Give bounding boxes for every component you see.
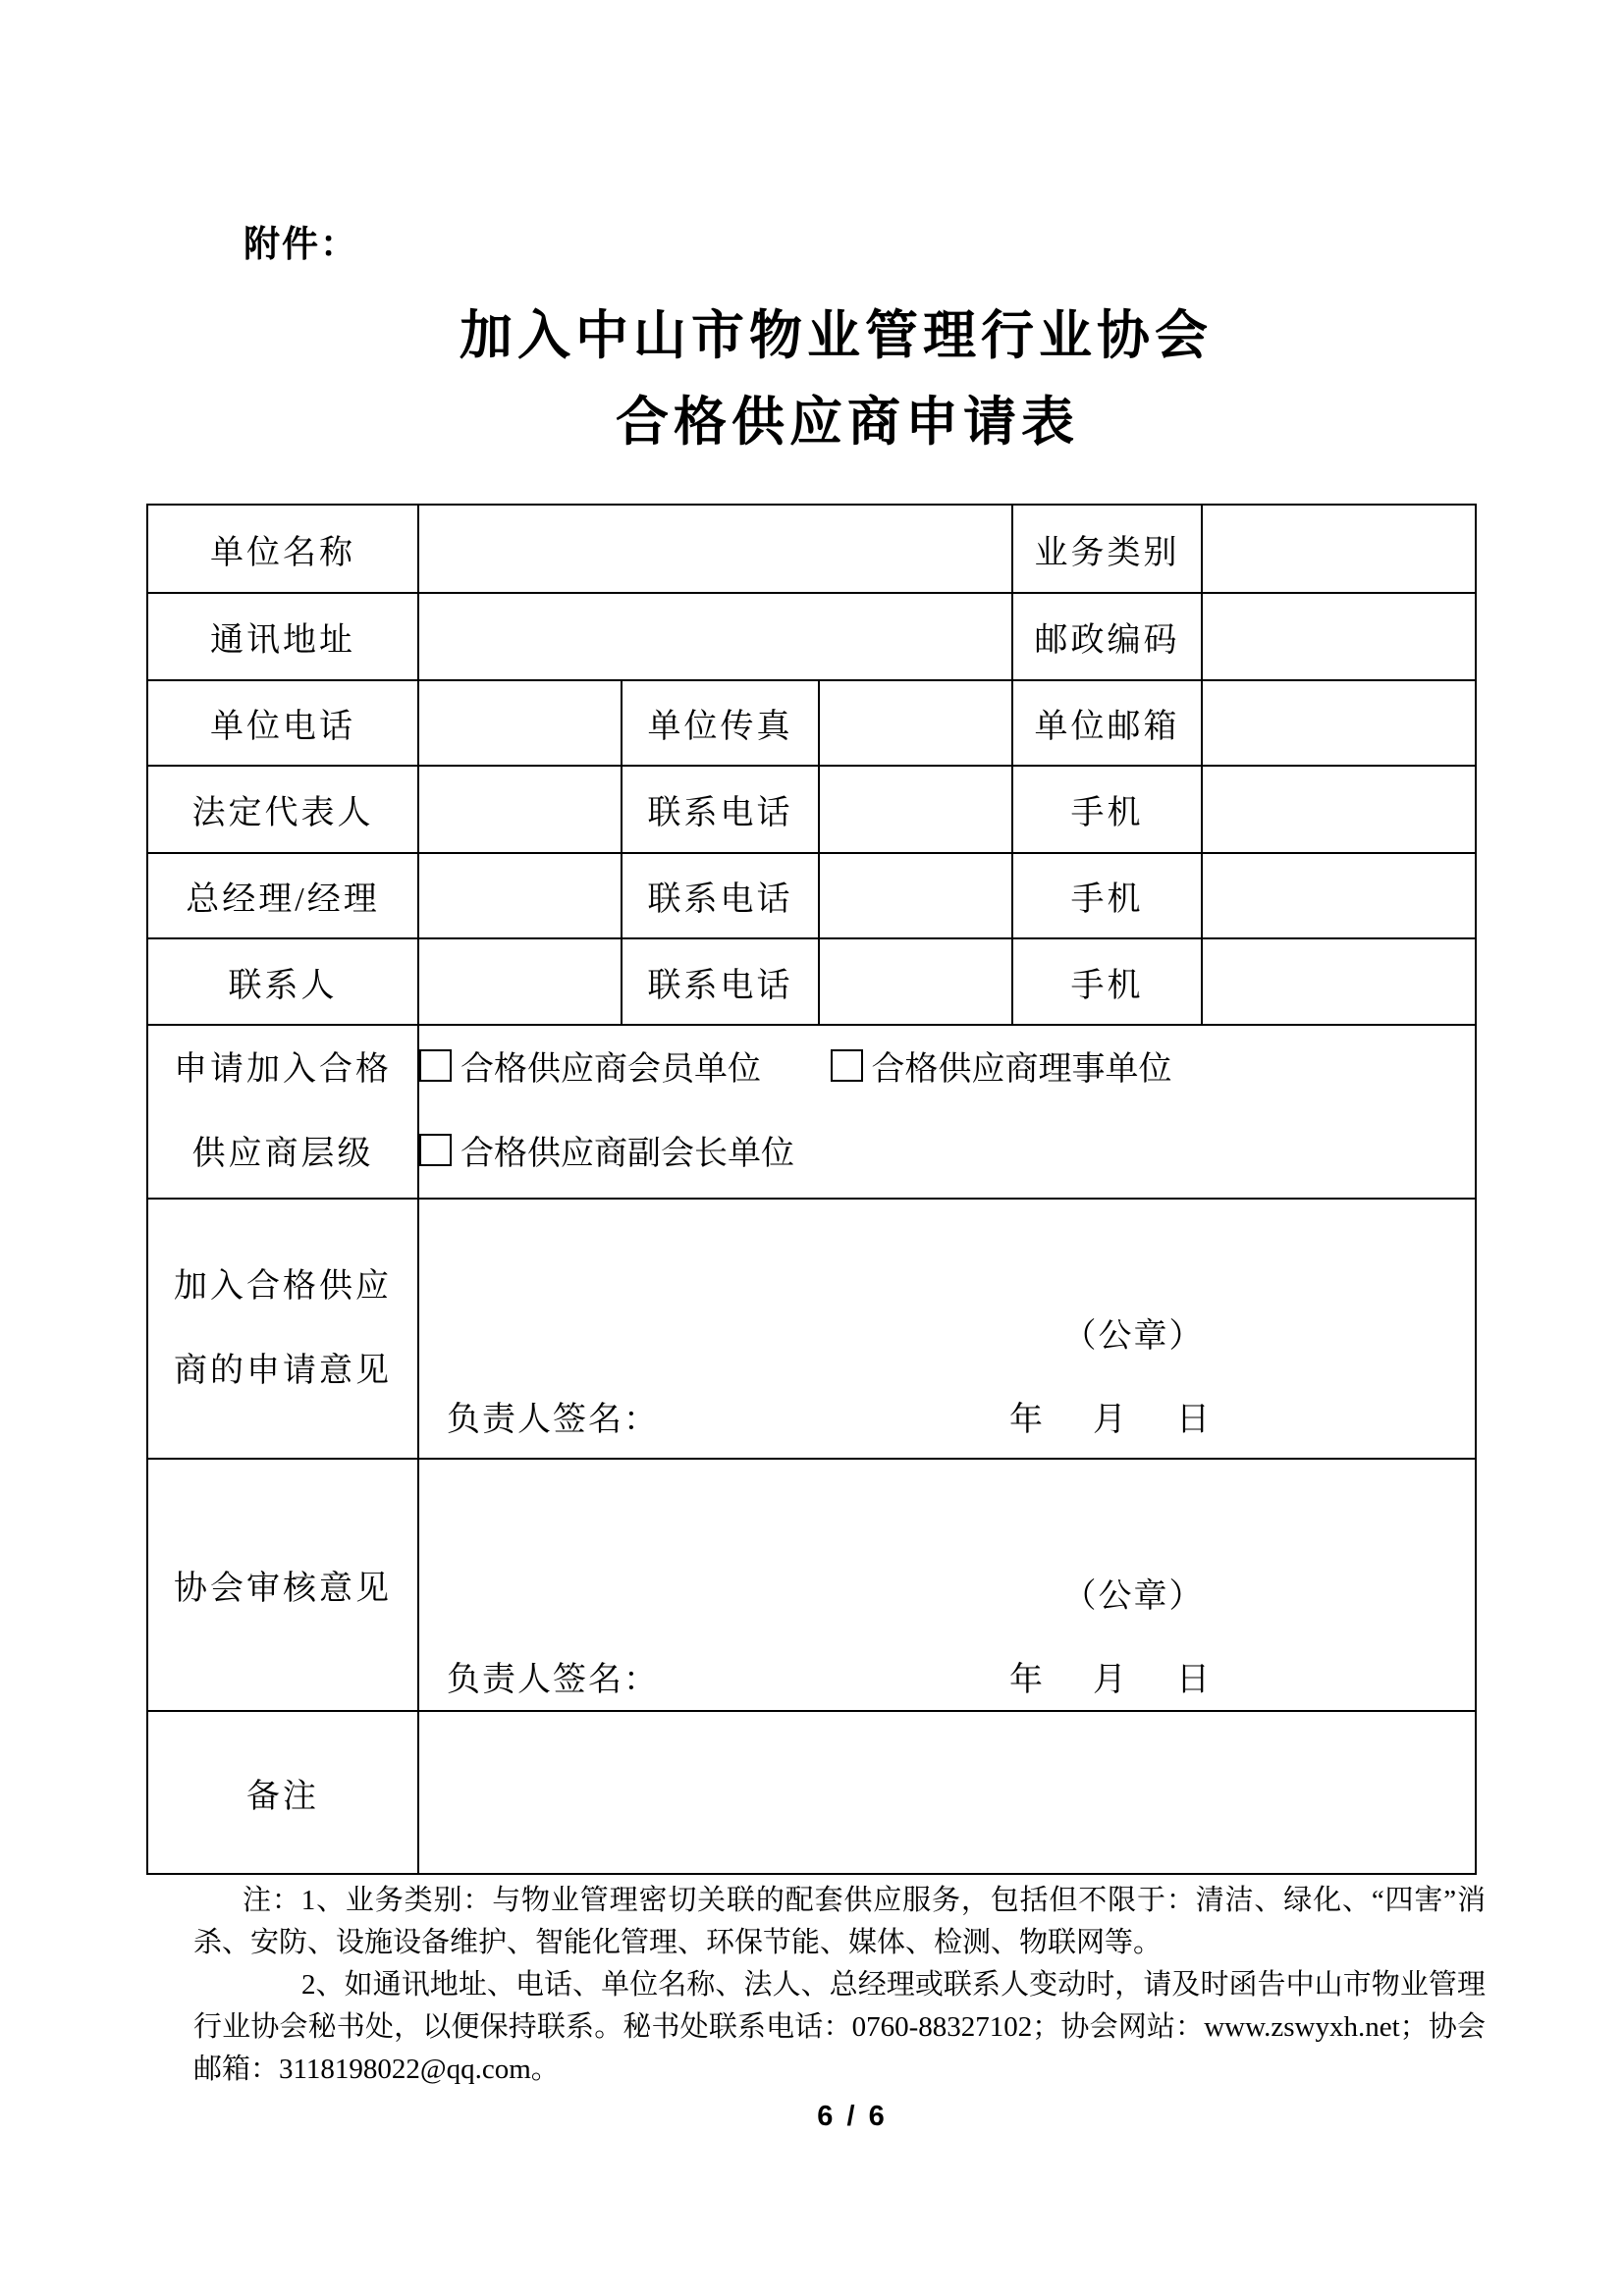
table-row: 备注 bbox=[147, 1711, 1476, 1874]
table-row: 单位电话 单位传真 单位邮箱 bbox=[147, 680, 1476, 766]
table-row: 申请加入合格 供应商层级 合格供应商会员单位 合格供应商理事单位 合格供应商副会… bbox=[147, 1025, 1476, 1199]
contact-person-label: 联系人 bbox=[147, 938, 418, 1025]
contact-phone-label: 联系电话 bbox=[622, 853, 819, 938]
unit-name-label: 单位名称 bbox=[147, 505, 418, 593]
address-value-cell[interactable] bbox=[418, 593, 1012, 680]
supplier-level-options-cell: 合格供应商会员单位 合格供应商理事单位 合格供应商副会长单位 bbox=[418, 1025, 1476, 1199]
postal-code-value-cell[interactable] bbox=[1202, 593, 1476, 680]
unit-name-value-cell[interactable] bbox=[418, 505, 1012, 593]
table-row: 加入合格供应 商的申请意见 （公章） 负责人签名： 年 月 日 bbox=[147, 1199, 1476, 1459]
general-manager-label: 总经理/经理 bbox=[147, 853, 418, 938]
option-member-unit[interactable]: 合格供应商会员单位 bbox=[419, 1028, 761, 1112]
checkbox-icon[interactable] bbox=[419, 1049, 452, 1082]
supplier-level-label: 申请加入合格 供应商层级 bbox=[147, 1025, 418, 1199]
table-row: 总经理/经理 联系电话 手机 bbox=[147, 853, 1476, 938]
application-form-table: 单位名称 业务类别 通讯地址 邮政编码 单位电话 单位传真 单位邮箱 法定代表人… bbox=[146, 504, 1477, 1875]
checkbox-icon[interactable] bbox=[419, 1134, 452, 1166]
review-opinion-content-cell[interactable]: （公章） 负责人签名： 年 月 日 bbox=[418, 1459, 1476, 1711]
mobile-value-cell[interactable] bbox=[1202, 853, 1476, 938]
table-row: 法定代表人 联系电话 手机 bbox=[147, 766, 1476, 853]
unit-email-label: 单位邮箱 bbox=[1012, 680, 1202, 766]
unit-fax-value-cell[interactable] bbox=[819, 680, 1012, 766]
year-label: 年 bbox=[1009, 1392, 1043, 1440]
official-seal-placeholder: （公章） bbox=[1048, 1569, 1219, 1617]
contact-phone-value-cell[interactable] bbox=[819, 853, 1012, 938]
general-manager-value-cell[interactable] bbox=[418, 853, 622, 938]
remark-value-cell[interactable] bbox=[418, 1711, 1476, 1874]
apply-opinion-content-cell[interactable]: （公章） 负责人签名： 年 月 日 bbox=[418, 1199, 1476, 1459]
table-row: 联系人 联系电话 手机 bbox=[147, 938, 1476, 1025]
review-opinion-label: 协会审核意见 bbox=[147, 1459, 418, 1711]
business-category-value-cell[interactable] bbox=[1202, 505, 1476, 593]
attachment-label: 附件： bbox=[244, 214, 358, 267]
apply-opinion-label-line2: 商的申请意见 bbox=[148, 1329, 417, 1414]
unit-fax-label: 单位传真 bbox=[622, 680, 819, 766]
unit-email-value-cell[interactable] bbox=[1202, 680, 1476, 766]
contact-phone-label: 联系电话 bbox=[622, 938, 819, 1025]
document-title-line1: 加入中山市物业管理行业协会 bbox=[460, 294, 1213, 369]
footnote-1: 注：1、业务类别：与物业管理密切关联的配套供应服务，包括但不限于：清洁、绿化、“… bbox=[193, 1880, 1486, 1964]
checkbox-icon[interactable] bbox=[831, 1049, 863, 1082]
legal-rep-value-cell[interactable] bbox=[418, 766, 622, 853]
mobile-value-cell[interactable] bbox=[1202, 938, 1476, 1025]
mobile-value-cell[interactable] bbox=[1202, 766, 1476, 853]
option-director-unit-label: 合格供应商理事单位 bbox=[872, 1051, 1172, 1088]
day-label: 日 bbox=[1176, 1652, 1210, 1700]
legal-rep-label: 法定代表人 bbox=[147, 766, 418, 853]
month-label: 月 bbox=[1093, 1652, 1126, 1700]
year-label: 年 bbox=[1009, 1652, 1043, 1700]
supplier-level-label-line2: 供应商层级 bbox=[148, 1112, 417, 1197]
supplier-level-label-line1: 申请加入合格 bbox=[148, 1028, 417, 1112]
signature-label: 负责人签名： bbox=[447, 1392, 659, 1440]
official-seal-placeholder: （公章） bbox=[1048, 1308, 1219, 1357]
supplier-level-options-line1: 合格供应商会员单位 合格供应商理事单位 bbox=[419, 1028, 1475, 1112]
table-row: 通讯地址 邮政编码 bbox=[147, 593, 1476, 680]
document-title-line2: 合格供应商申请表 bbox=[616, 380, 1079, 455]
table-row: 协会审核意见 （公章） 负责人签名： 年 月 日 bbox=[147, 1459, 1476, 1711]
contact-phone-value-cell[interactable] bbox=[819, 766, 1012, 853]
remark-label: 备注 bbox=[147, 1711, 418, 1874]
footnote-2: 2、如通讯地址、电话、单位名称、法人、总经理或联系人变动时，请及时函告中山市物业… bbox=[193, 1964, 1486, 2091]
contact-person-value-cell[interactable] bbox=[418, 938, 622, 1025]
option-vice-president-unit-label: 合格供应商副会长单位 bbox=[460, 1136, 794, 1172]
postal-code-label: 邮政编码 bbox=[1012, 593, 1202, 680]
business-category-label: 业务类别 bbox=[1012, 505, 1202, 593]
month-label: 月 bbox=[1093, 1392, 1126, 1440]
footnotes: 注：1、业务类别：与物业管理密切关联的配套供应服务，包括但不限于：清洁、绿化、“… bbox=[193, 1880, 1486, 2091]
unit-phone-value-cell[interactable] bbox=[418, 680, 622, 766]
option-member-unit-label: 合格供应商会员单位 bbox=[460, 1051, 761, 1088]
option-director-unit[interactable]: 合格供应商理事单位 bbox=[831, 1028, 1172, 1112]
table-row: 单位名称 业务类别 bbox=[147, 505, 1476, 593]
address-label: 通讯地址 bbox=[147, 593, 418, 680]
document-page: 附件： 加入中山市物业管理行业协会 合格供应商申请表 单位名称 业务类别 通讯地… bbox=[0, 0, 1624, 2296]
supplier-level-options-line2: 合格供应商副会长单位 bbox=[419, 1112, 1475, 1197]
page-number: 6 / 6 bbox=[754, 2101, 950, 2133]
mobile-label: 手机 bbox=[1012, 853, 1202, 938]
contact-phone-label: 联系电话 bbox=[622, 766, 819, 853]
option-vice-president-unit[interactable]: 合格供应商副会长单位 bbox=[419, 1112, 794, 1197]
mobile-label: 手机 bbox=[1012, 766, 1202, 853]
apply-opinion-label-line1: 加入合格供应 bbox=[148, 1245, 417, 1329]
signature-label: 负责人签名： bbox=[447, 1652, 659, 1700]
mobile-label: 手机 bbox=[1012, 938, 1202, 1025]
day-label: 日 bbox=[1176, 1392, 1210, 1440]
contact-phone-value-cell[interactable] bbox=[819, 938, 1012, 1025]
apply-opinion-label: 加入合格供应 商的申请意见 bbox=[147, 1199, 418, 1459]
unit-phone-label: 单位电话 bbox=[147, 680, 418, 766]
